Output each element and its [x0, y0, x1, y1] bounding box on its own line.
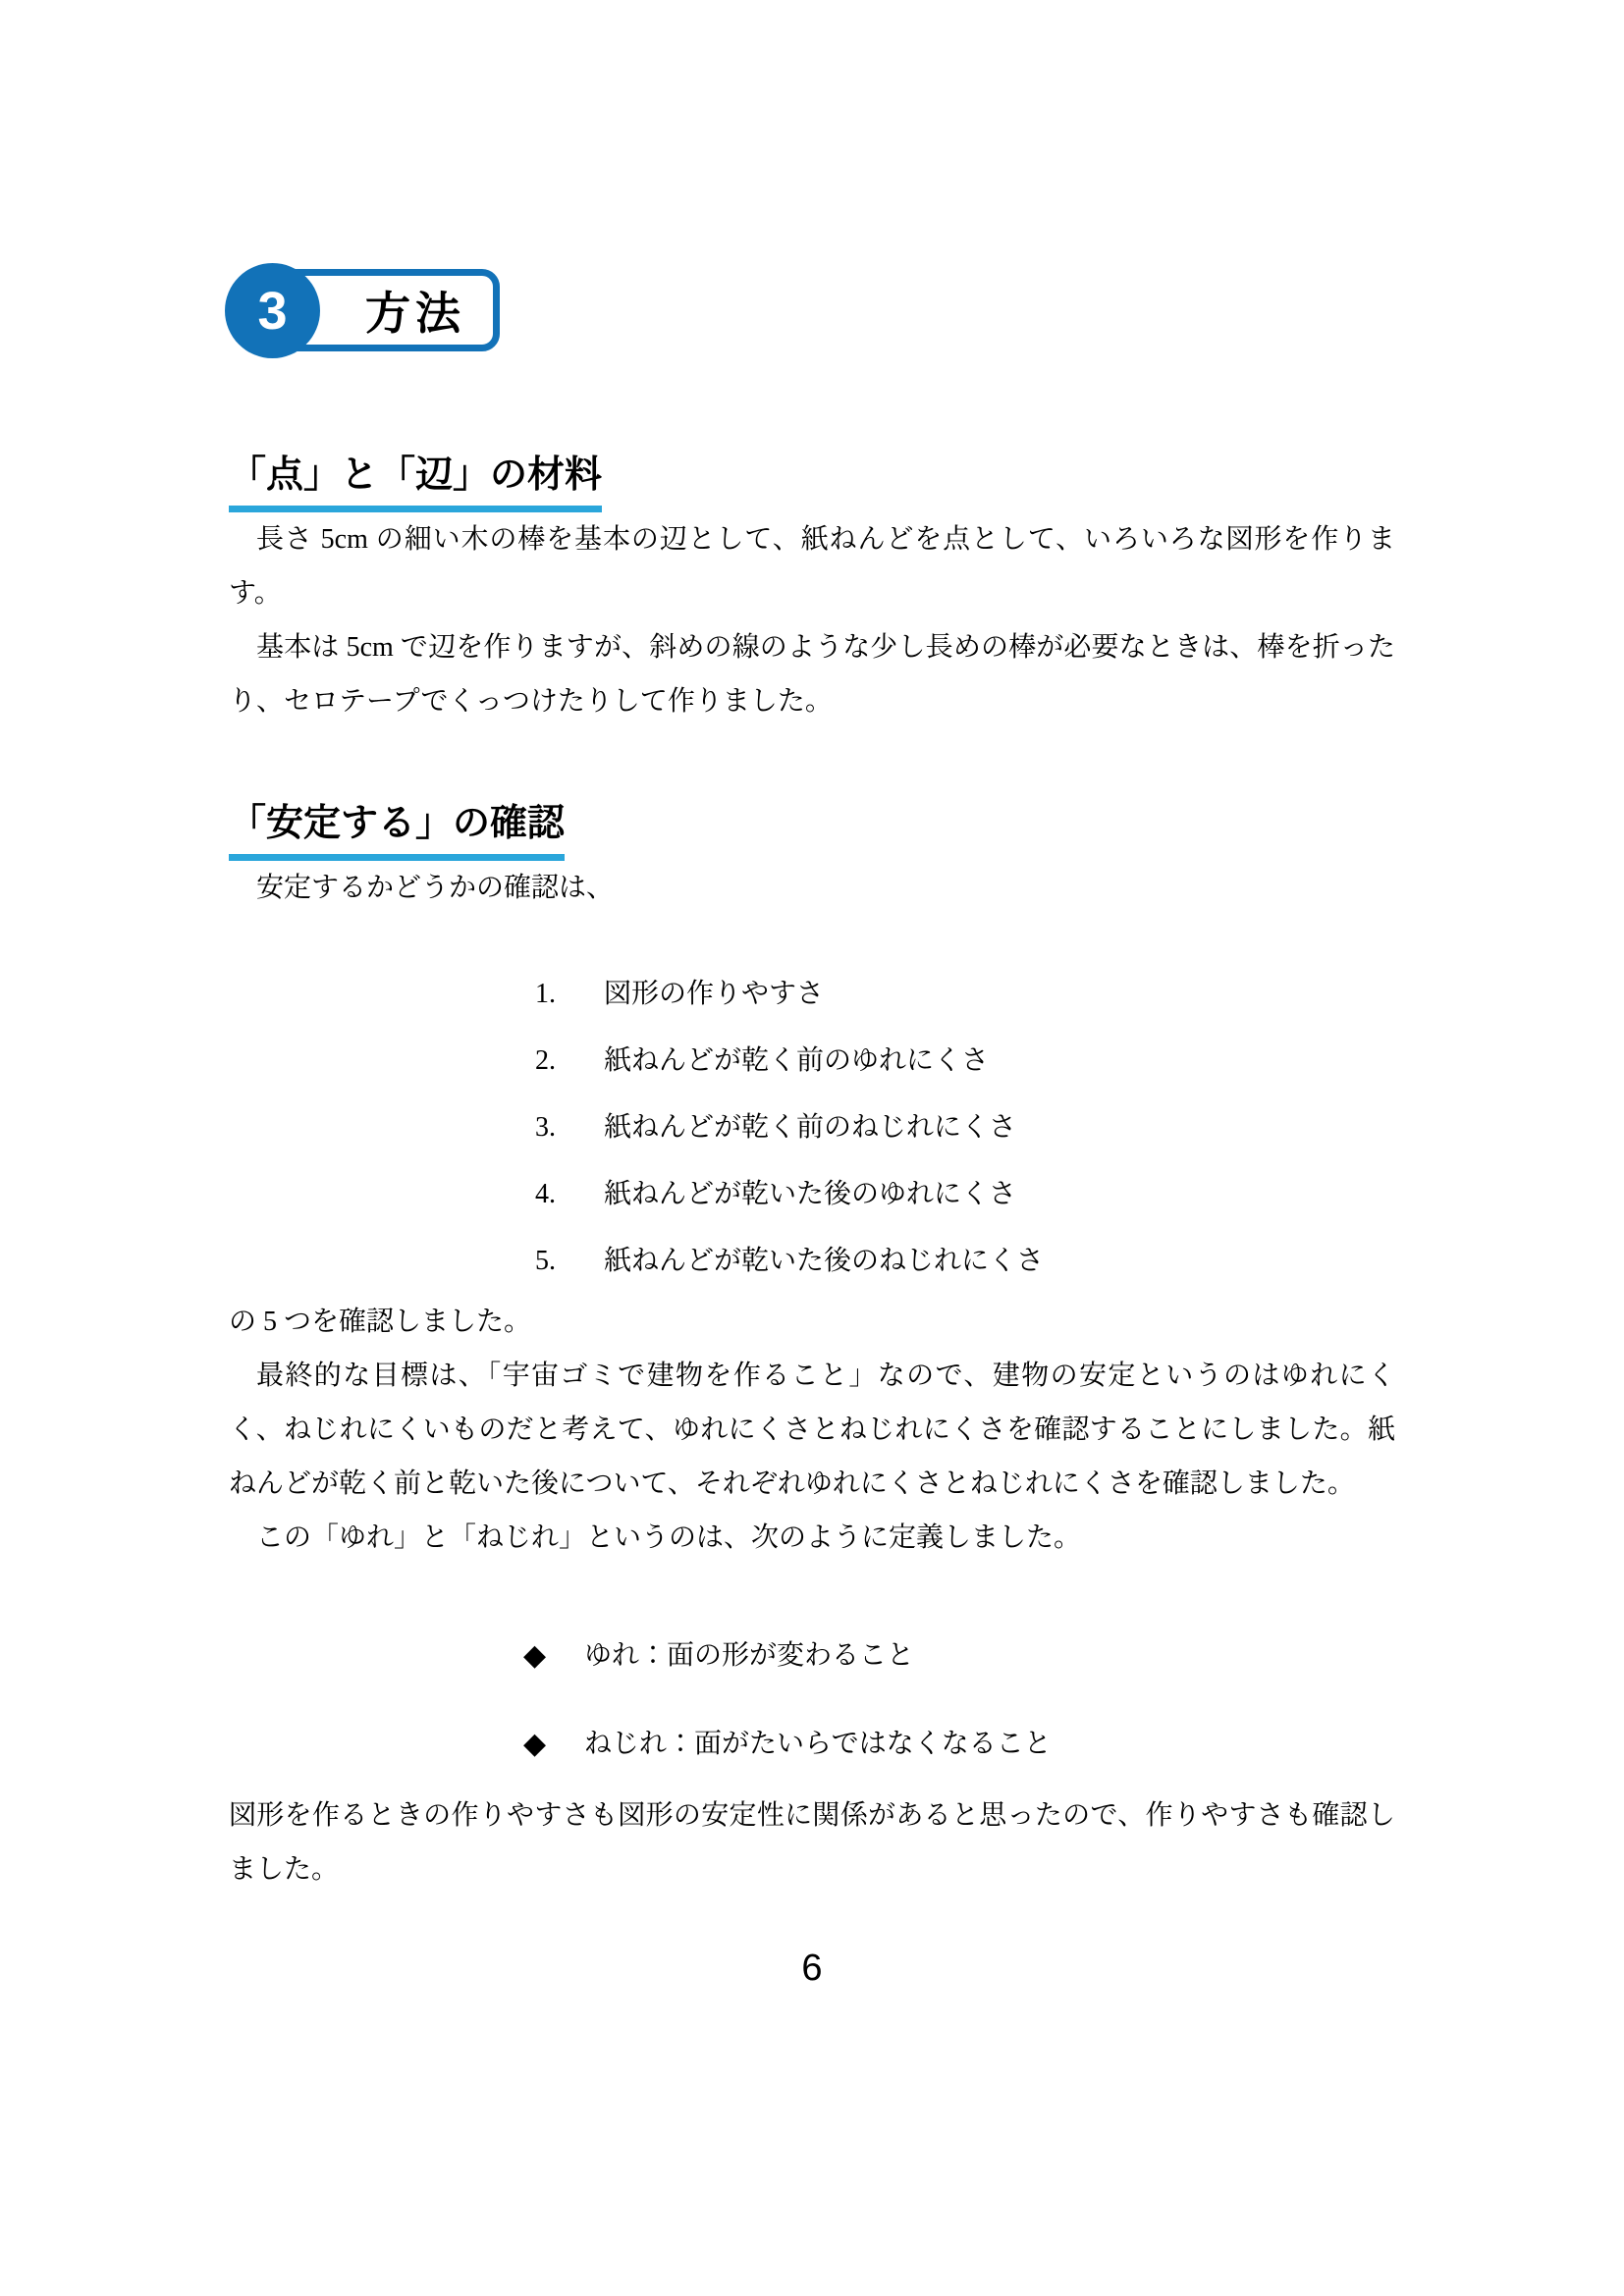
list-item: 3. 紙ねんどが乾く前のねじれにくさ	[535, 1095, 1395, 1161]
list-item-number: 3.	[535, 1095, 604, 1161]
list-item-text: 紙ねんどが乾く前のねじれにくさ	[604, 1095, 1016, 1161]
goal-paragraph: 最終的な目標は、「宇宙ゴミで建物を作ること」なので、建物の安定というのはゆれにく…	[229, 1349, 1395, 1511]
list-item-text: 図形の作りやすさ	[604, 961, 824, 1028]
diamond-bullet-icon: ◆	[523, 1700, 584, 1789]
criteria-list: 1. 図形の作りやすさ 2. 紙ねんどが乾く前のゆれにくさ 3. 紙ねんどが乾く…	[535, 961, 1395, 1295]
list-item: 2. 紙ねんどが乾く前のゆれにくさ	[535, 1028, 1395, 1095]
list-item-number: 2.	[535, 1028, 604, 1095]
list-item-text: 紙ねんどが乾いた後のゆれにくさ	[604, 1161, 1016, 1228]
definition-list: ◆ ゆれ：面の形が変わること ◆ ねじれ：面がたいらではなくなること	[523, 1612, 1395, 1789]
list-item: ◆ ねじれ：面がたいらではなくなること	[523, 1700, 1395, 1789]
list-item: 4. 紙ねんどが乾いた後のゆれにくさ	[535, 1161, 1395, 1228]
definition-text: ねじれ：面がたいらではなくなること	[584, 1700, 1052, 1789]
materials-paragraph-1: 長さ 5cm の細い木の棒を基本の辺として、紙ねんどを点として、いろいろな図形を…	[229, 512, 1395, 620]
stability-intro: 安定するかどうかの確認は、	[229, 861, 1395, 915]
list-item-number: 5.	[535, 1228, 604, 1295]
section-badge: 方法 3	[225, 263, 735, 358]
page-number: 6	[229, 1948, 1395, 1990]
section-materials: 「点」と「辺」の材料	[229, 456, 1395, 512]
definition-intro: この「ゆれ」と「ねじれ」というのは、次のように定義しました。	[229, 1511, 1395, 1565]
ease-paragraph: 図形を作るときの作りやすさも図形の安定性に関係があると思ったので、作りやすさも確…	[229, 1789, 1395, 1896]
after-list-text: の 5 つを確認しました。	[229, 1295, 1395, 1349]
definition-text: ゆれ：面の形が変わること	[584, 1612, 914, 1700]
list-item-number: 4.	[535, 1161, 604, 1228]
list-item-number: 1.	[535, 961, 604, 1028]
page-content: 方法 3 「点」と「辺」の材料 長さ 5cm の細い木の棒を基本の辺として、紙ね…	[0, 263, 1624, 1990]
section-stability: 「安定する」の確認	[229, 805, 1395, 861]
list-item: 1. 図形の作りやすさ	[535, 961, 1395, 1028]
section-badge-number: 3	[225, 263, 320, 358]
stability-heading: 「安定する」の確認	[229, 805, 565, 861]
materials-heading: 「点」と「辺」の材料	[229, 456, 602, 512]
diamond-bullet-icon: ◆	[523, 1612, 584, 1700]
list-item: 5. 紙ねんどが乾いた後のねじれにくさ	[535, 1228, 1395, 1295]
list-item: ◆ ゆれ：面の形が変わること	[523, 1612, 1395, 1700]
list-item-text: 紙ねんどが乾いた後のねじれにくさ	[604, 1228, 1044, 1295]
materials-paragraph-2: 基本は 5cm で辺を作りますが、斜めの線のような少し長めの棒が必要なときは、棒…	[229, 620, 1395, 728]
document-page: { "accent": { "badge_blue": "#1272b8", "…	[0, 0, 1624, 2296]
list-item-text: 紙ねんどが乾く前のゆれにくさ	[604, 1028, 989, 1095]
